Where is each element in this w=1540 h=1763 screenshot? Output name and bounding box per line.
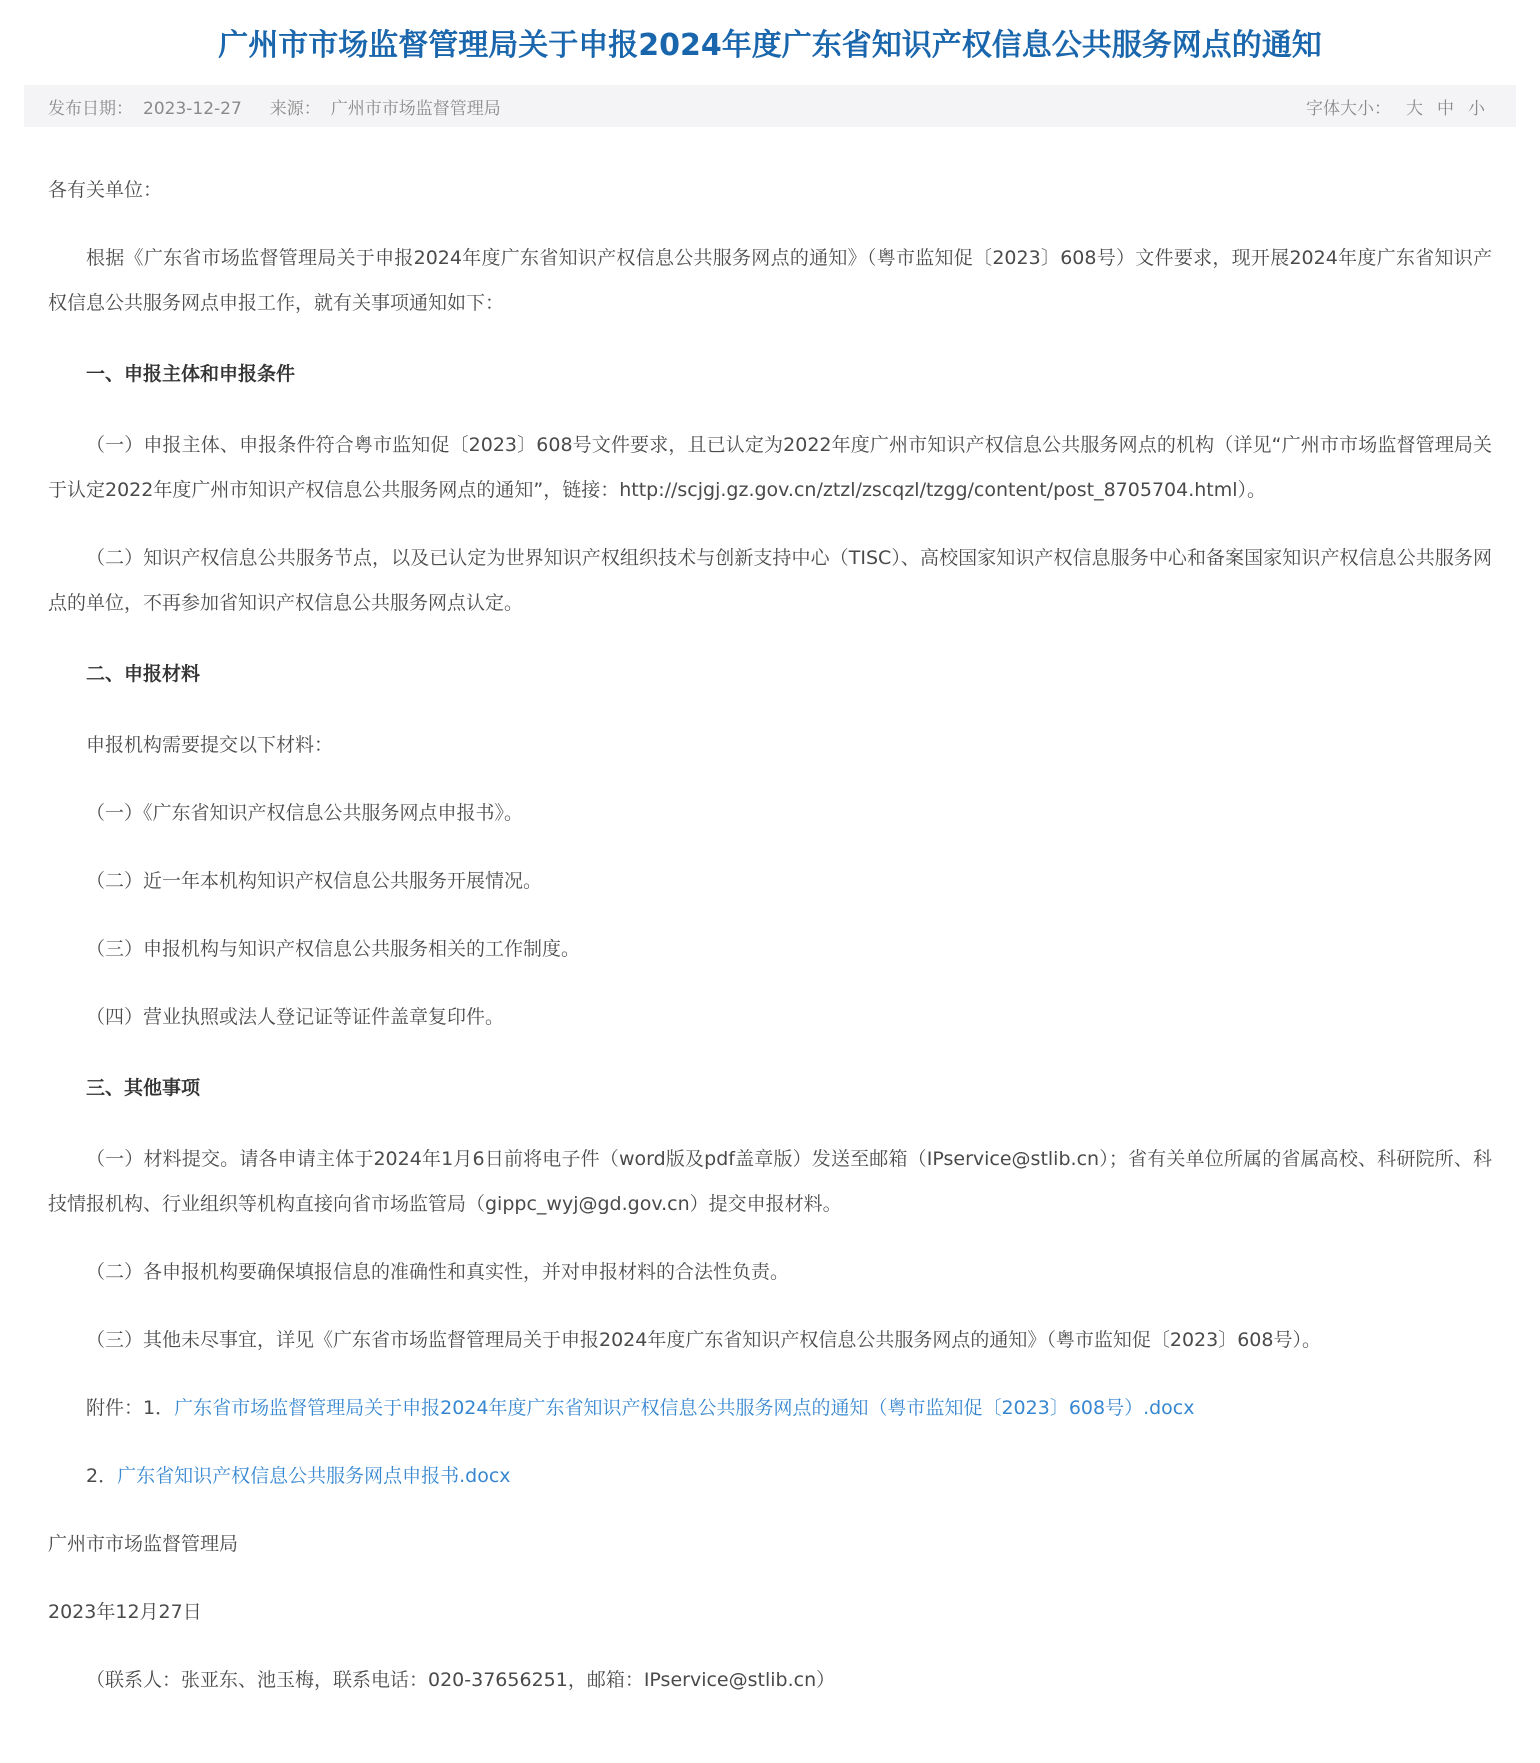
section3-paragraph-1: （一）材料提交。请各申请主体于2024年1月6日前将电子件（word版及pdf盖… [48, 1137, 1492, 1227]
font-size-small-button[interactable]: 小 [1468, 94, 1485, 119]
font-size-large-button[interactable]: 大 [1406, 94, 1423, 119]
section2-paragraph-2: （一）《广东省知识产权信息公共服务网点申报书》。 [48, 791, 1492, 836]
section3-paragraph-3: （三）其他未尽事宜，详见《广东省市场监督管理局关于申报2024年度广东省知识产权… [48, 1318, 1492, 1363]
source-label: 来源： [270, 99, 321, 119]
meta-bar: 发布日期：2023-12-27来源：广州市市场监督管理局 字体大小： 大 中 小 [24, 85, 1516, 127]
publish-date-value: 2023-12-27 [143, 99, 242, 119]
section-heading-3: 三、其他事项 [48, 1066, 1492, 1111]
salutation: 各有关单位： [48, 168, 1492, 213]
font-size-controls: 字体大小： 大 中 小 [1306, 94, 1492, 119]
notice-content: 各有关单位： 根据《广东省市场监督管理局关于申报2024年度广东省知识产权信息公… [0, 127, 1540, 1752]
attachment-link-1[interactable]: 广东省市场监督管理局关于申报2024年度广东省知识产权信息公共服务网点的通知（粤… [174, 1397, 1194, 1419]
source-value: 广州市市场监督管理局 [331, 99, 501, 119]
section1-paragraph-1: （一）申报主体、申报条件符合粤市监知促〔2023〕608号文件要求，且已认定为2… [48, 423, 1492, 513]
section2-paragraph-5: （四）营业执照或法人登记证等证件盖章复印件。 [48, 995, 1492, 1040]
signature-org: 广州市市场监督管理局 [48, 1522, 1492, 1567]
intro-paragraph: 根据《广东省市场监督管理局关于申报2024年度广东省知识产权信息公共服务网点的通… [48, 236, 1492, 326]
section3-paragraph-2: （二）各申报机构要确保填报信息的准确性和真实性，并对申报材料的合法性负责。 [48, 1250, 1492, 1295]
section2-paragraph-4: （三）申报机构与知识产权信息公共服务相关的工作制度。 [48, 927, 1492, 972]
section-heading-1: 一、申报主体和申报条件 [48, 352, 1492, 397]
section-heading-2: 二、申报材料 [48, 652, 1492, 697]
meta-left: 发布日期：2023-12-27来源：广州市市场监督管理局 [48, 94, 529, 119]
attachment-1-prefix: 1． [143, 1397, 174, 1419]
section2-paragraph-1: 申报机构需要提交以下材料： [48, 723, 1492, 768]
notice-page: 广州市市场监督管理局关于申报2024年度广东省知识产权信息公共服务网点的通知 发… [0, 0, 1540, 1752]
section1-paragraph-2: （二）知识产权信息公共服务节点，以及已认定为世界知识产权组织技术与创新支持中心（… [48, 536, 1492, 626]
font-size-medium-button[interactable]: 中 [1437, 94, 1454, 119]
publish-date-label: 发布日期： [48, 99, 133, 119]
attachment-2-prefix: 2． [86, 1465, 117, 1487]
attachment-link-2[interactable]: 广东省知识产权信息公共服务网点申报书.docx [117, 1465, 510, 1487]
signature-date: 2023年12月27日 [48, 1590, 1492, 1635]
contact-info: （联系人：张亚东、池玉梅，联系电话：020-37656251，邮箱：IPserv… [48, 1658, 1492, 1703]
attachments-label: 附件： [86, 1397, 143, 1419]
page-title: 广州市市场监督管理局关于申报2024年度广东省知识产权信息公共服务网点的通知 [0, 0, 1540, 85]
font-size-label: 字体大小： [1306, 94, 1391, 119]
section2-paragraph-3: （二）近一年本机构知识产权信息公共服务开展情况。 [48, 859, 1492, 904]
attachment-line-1: 附件：1．广东省市场监督管理局关于申报2024年度广东省知识产权信息公共服务网点… [48, 1386, 1492, 1431]
attachment-line-2: 2．广东省知识产权信息公共服务网点申报书.docx [48, 1454, 1492, 1499]
